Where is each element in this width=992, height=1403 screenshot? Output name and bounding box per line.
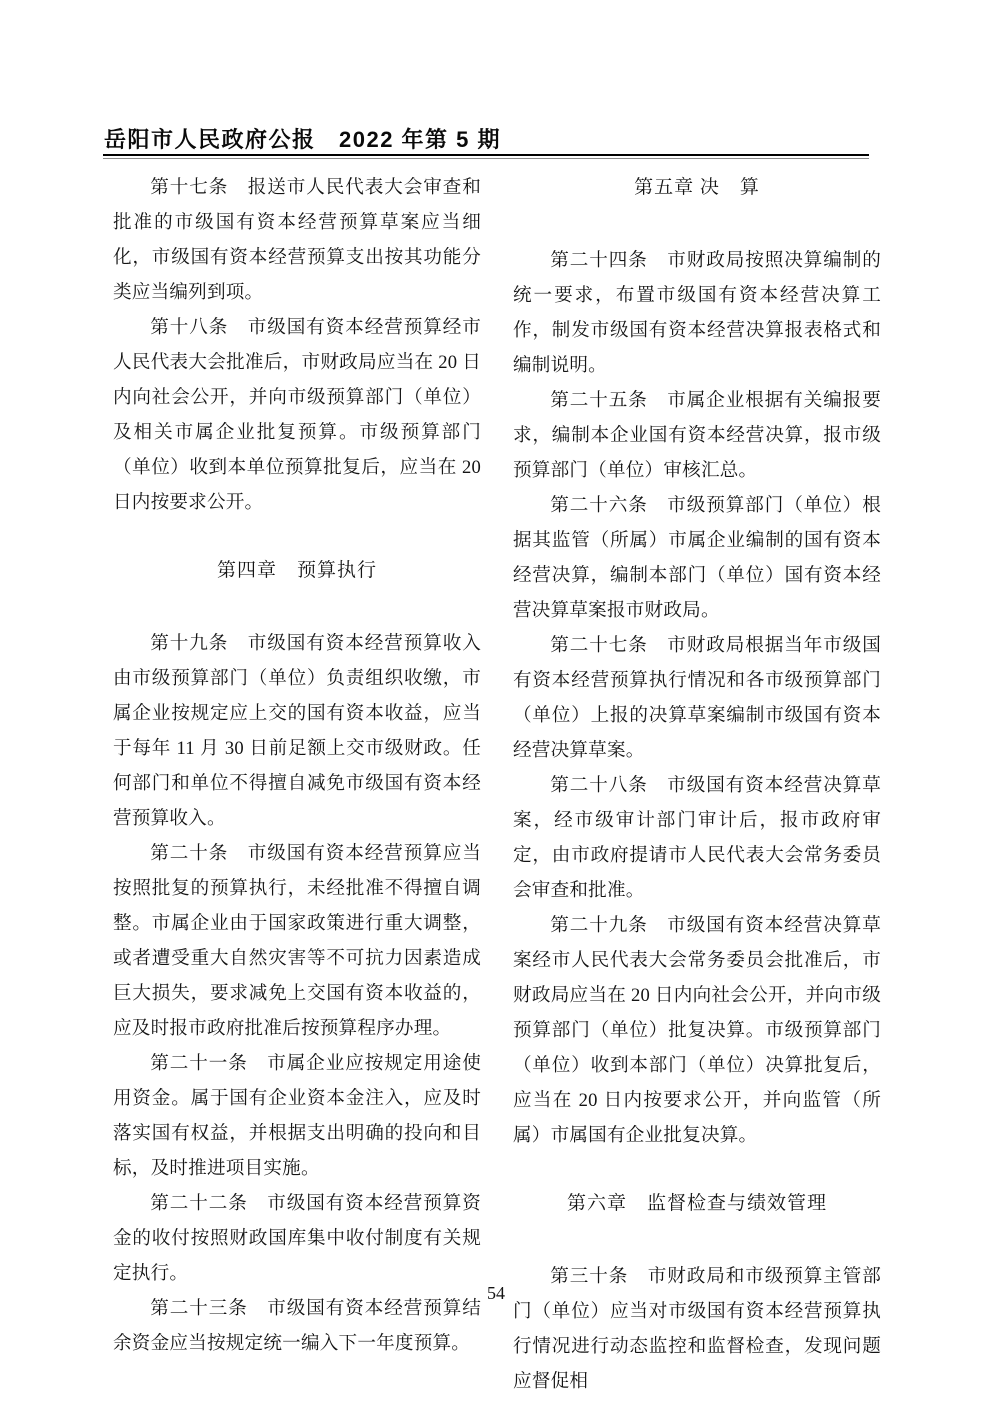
header-rule-thick	[103, 154, 869, 156]
article-paragraph: 第二十二条 市级国有资本经营预算资金的收付按照财政国库集中收付制度有关规定执行。	[113, 1186, 481, 1291]
left-column: 第十七条 报送市人民代表大会审查和批准的市级国有资本经营预算草案应当细化，市级国…	[113, 170, 481, 1399]
article-paragraph: 第二十四条 市财政局按照决算编制的统一要求，布置市级国有资本经营决算工作，制发市…	[513, 243, 881, 383]
right-column: 第五章 决 算第二十四条 市财政局按照决算编制的统一要求，布置市级国有资本经营决…	[513, 170, 881, 1399]
article-paragraph: 第二十七条 市财政局根据当年市级国有资本经营预算执行情况和各市级预算部门（单位）…	[513, 628, 881, 768]
article-paragraph: 第二十条 市级国有资本经营预算应当按照批复的预算执行，未经批准不得擅自调整。市属…	[113, 836, 481, 1046]
header-rule-thin	[103, 158, 869, 159]
document-body: 第十七条 报送市人民代表大会审查和批准的市级国有资本经营预算草案应当细化，市级国…	[113, 170, 881, 1399]
chapter-heading: 第四章 预算执行	[113, 553, 481, 588]
article-paragraph: 第十七条 报送市人民代表大会审查和批准的市级国有资本经营预算草案应当细化，市级国…	[113, 170, 481, 310]
article-paragraph: 第二十六条 市级预算部门（单位）根据其监管（所属）市属企业编制的国有资本经营决算…	[513, 488, 881, 628]
article-paragraph: 第二十九条 市级国有资本经营决算草案经市人民代表大会常务委员会批准后，市财政局应…	[513, 908, 881, 1153]
gazette-page: 岳阳市人民政府公报 2022 年第 5 期 第十七条 报送市人民代表大会审查和批…	[0, 0, 992, 1403]
chapter-heading: 第五章 决 算	[513, 170, 881, 205]
article-paragraph: 第二十一条 市属企业应按规定用途使用资金。属于国有企业资本金注入，应及时落实国有…	[113, 1046, 481, 1186]
article-paragraph: 第十九条 市级国有资本经营预算收入由市级预算部门（单位）负责组织收缴，市属企业按…	[113, 626, 481, 836]
article-paragraph: 第十八条 市级国有资本经营预算经市人民代表大会批准后，市财政局应当在 20 日内…	[113, 310, 481, 520]
page-number: 54	[0, 1283, 992, 1304]
gazette-title: 岳阳市人民政府公报 2022 年第 5 期	[104, 123, 501, 154]
chapter-heading: 第六章 监督检查与绩效管理	[513, 1186, 881, 1221]
article-paragraph: 第二十八条 市级国有资本经营决算草案，经市级审计部门审计后，报市政府审定，由市政…	[513, 768, 881, 908]
article-paragraph: 第三十条 市财政局和市级预算主管部门（单位）应当对市级国有资本经营预算执行情况进…	[513, 1259, 881, 1399]
article-paragraph: 第二十五条 市属企业根据有关编报要求，编制本企业国有资本经营决算，报市级预算部门…	[513, 383, 881, 488]
